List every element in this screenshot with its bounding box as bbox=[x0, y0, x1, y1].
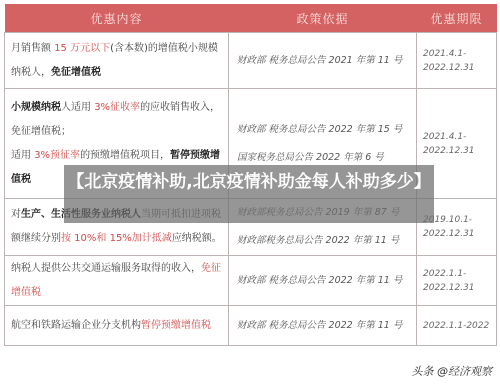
content-segment: 小规模纳税 bbox=[11, 102, 61, 113]
basis-line: 财政部 税务总局公告 2022 年第 11 号 bbox=[237, 320, 402, 331]
table-row: 航空和铁路运输企业分支机构暂停预缴增值税财政部 税务总局公告 2022 年第 1… bbox=[5, 306, 497, 346]
source-watermark: 头条 @经济观察 bbox=[412, 363, 493, 379]
content-segment: 暂停预缴增值税 bbox=[141, 320, 211, 331]
content-segment: 3%预征率 bbox=[34, 150, 80, 161]
article-title-overlay: 【北京疫情补助,北京疫情补助金每人补助多少】 bbox=[64, 165, 434, 223]
cell-period: 2022.1.1-2022 bbox=[417, 306, 497, 346]
content-segment: 人适用 bbox=[61, 102, 94, 113]
table-row: 纳税人提供公共交通运输服务取得的收入，免征增值税财政部 税务总局公告 2022 … bbox=[5, 256, 497, 306]
cell-basis: 财政部 税务总局公告 2022 年第 11 号 bbox=[229, 306, 417, 346]
basis-line: 财政部 税务总局公告 2022 年第 11 号 bbox=[237, 275, 402, 286]
cell-content: 月销售额 15 万元以下(含本数)的增值税小规模纳税人，免征增值税 bbox=[5, 33, 229, 89]
content-segment: 的预缴增值税项目， bbox=[80, 150, 170, 161]
content-segment: 15 万元以下 bbox=[54, 43, 110, 54]
basis-line: 财政部 税务总局公告 2021 年第 11 号 bbox=[237, 55, 402, 66]
table-row: 月销售额 15 万元以下(含本数)的增值税小规模纳税人，免征增值税财政部 税务总… bbox=[5, 33, 497, 89]
content-segment: 按 10%和 15%加计抵减 bbox=[61, 233, 172, 244]
table-header-row: 优惠内容 政策依据 优惠期限 bbox=[5, 4, 497, 33]
header-content: 优惠内容 bbox=[5, 4, 229, 33]
cell-period: 2021.4.1-2022.12.31 bbox=[417, 33, 497, 89]
cell-content: 纳税人提供公共交通运输服务取得的收入，免征增值税 bbox=[5, 256, 229, 306]
cell-content: 航空和铁路运输企业分支机构暂停预缴增值税 bbox=[5, 306, 229, 346]
cell-basis: 财政部 税务总局公告 2022 年第 11 号 bbox=[229, 256, 417, 306]
content-segment: 纳税人提供公共交通运输服务取得的收入， bbox=[11, 263, 201, 274]
content-segment: 月销售额 bbox=[11, 43, 54, 54]
content-segment: 免征增值税 bbox=[51, 67, 101, 78]
header-period: 优惠期限 bbox=[417, 4, 497, 33]
basis-line: 国家税务总局公告 2022 年第 6 号 bbox=[237, 152, 384, 163]
content-segment: 对 bbox=[11, 209, 21, 220]
basis-line: 财政部税务总局公告 2022 年第 11 号 bbox=[237, 235, 399, 246]
cell-period: 2022.1.1-2022.12.31 bbox=[417, 256, 497, 306]
cell-basis: 财政部 税务总局公告 2021 年第 11 号 bbox=[229, 33, 417, 89]
content-segment: 3%征收率 bbox=[94, 102, 140, 113]
content-segment: 适用 bbox=[11, 150, 34, 161]
basis-line: 财政部 税务总局公告 2022 年第 15 号 bbox=[237, 124, 402, 135]
header-basis: 政策依据 bbox=[229, 4, 417, 33]
content-segment: 航空和铁路运输企业分支机构 bbox=[11, 320, 141, 331]
content-segment: 应纳税额。 bbox=[172, 233, 222, 244]
